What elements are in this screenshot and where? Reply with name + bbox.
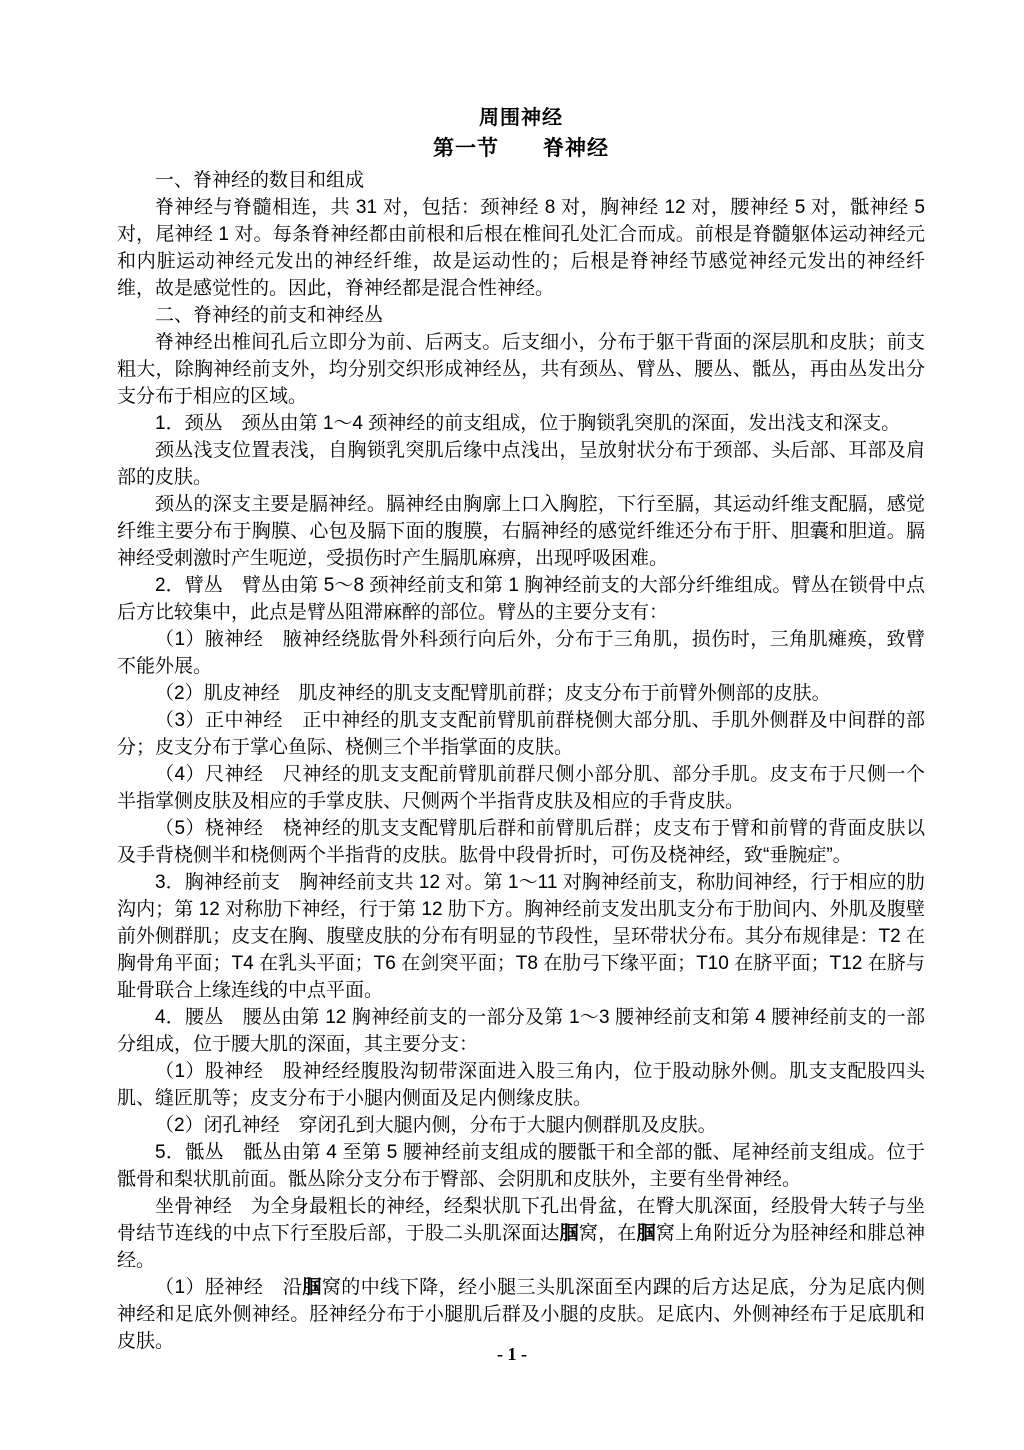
- paragraph: 脊神经与脊髓相连，共 31 对，包括：颈神经 8 对，胸神经 12 对，腰神经 …: [117, 194, 925, 302]
- paragraph: 坐骨神经 为全身最粗长的神经，经梨状肌下孔出骨盆，在臀大肌深面，经股骨大转子与坐…: [117, 1193, 925, 1274]
- paragraph: （5）桡神经 桡神经的肌支支配臂肌后群和前臂肌后群；皮支布于臂和前臂的背面皮肤以…: [117, 815, 925, 869]
- paragraph: 颈丛的深支主要是膈神经。膈神经由胸廓上口入胸腔，下行至膈，其运动纤维支配膈，感觉…: [117, 491, 925, 572]
- section-heading: 第一节 脊神经: [117, 133, 925, 164]
- paragraph: （2）闭孔神经 穿闭孔到大腿内侧，分布于大腿内侧群肌及皮肤。: [117, 1112, 925, 1139]
- paragraph: （3）正中神经 正中神经的肌支支配前臂肌前群桡侧大部分肌、手肌外侧群及中间群的部…: [117, 707, 925, 761]
- paragraph: 1．颈丛 颈丛由第 1～4 颈神经的前支组成，位于胸锁乳突肌的深面，发出浅支和深…: [117, 410, 925, 437]
- paragraph: 颈丛浅支位置表浅，自胸锁乳突肌后缘中点浅出，呈放射状分布于颈部、头后部、耳部及肩…: [117, 437, 925, 491]
- paragraph: 2．臂丛 臂丛由第 5～8 颈神经前支和第 1 胸神经前支的大部分纤维组成。臂丛…: [117, 572, 925, 626]
- document-page: 周围神经 第一节 脊神经 一、脊神经的数目和组成脊神经与脊髓相连，共 31 对，…: [0, 0, 1024, 1450]
- paragraph: （1）股神经 股神经经腹股沟韧带深面进入股三角内，位于股动脉外侧。肌支支配股四头…: [117, 1058, 925, 1112]
- paragraph: （2）肌皮神经 肌皮神经的肌支支配臂肌前群；皮支分布于前臂外侧部的皮肤。: [117, 680, 925, 707]
- page-footer: - 1 -: [0, 1344, 1024, 1365]
- paragraph: 脊神经出椎间孔后立即分为前、后两支。后支细小，分布于躯干背面的深层肌和皮肤；前支…: [117, 329, 925, 410]
- paragraph: 4．腰丛 腰丛由第 12 胸神经前支的一部分及第 1～3 腰神经前支和第 4 腰…: [117, 1004, 925, 1058]
- document-title: 周围神经: [117, 104, 925, 133]
- document-body: 一、脊神经的数目和组成脊神经与脊髓相连，共 31 对，包括：颈神经 8 对，胸神…: [117, 167, 925, 1355]
- paragraph: 二、脊神经的前支和神经丛: [117, 302, 925, 329]
- paragraph: （1）腋神经 腋神经绕肱骨外科颈行向后外，分布于三角肌，损伤时，三角肌瘫痪，致臂…: [117, 626, 925, 680]
- paragraph: （1）胫神经 沿腘窝的中线下降，经小腿三头肌深面至内踝的后方达足底，分为足底内侧…: [117, 1274, 925, 1355]
- paragraph: （4）尺神经 尺神经的肌支支配前臂肌前群尺侧小部分肌、部分手肌。皮支布于尺侧一个…: [117, 761, 925, 815]
- paragraph: 5．骶丛 骶丛由第 4 至第 5 腰神经前支组成的腰骶干和全部的骶、尾神经前支组…: [117, 1139, 925, 1193]
- paragraph: 一、脊神经的数目和组成: [117, 167, 925, 194]
- paragraph: 3．胸神经前支 胸神经前支共 12 对。第 1～11 对胸神经前支，称肋间神经，…: [117, 869, 925, 1004]
- page-number: - 1 -: [497, 1344, 527, 1364]
